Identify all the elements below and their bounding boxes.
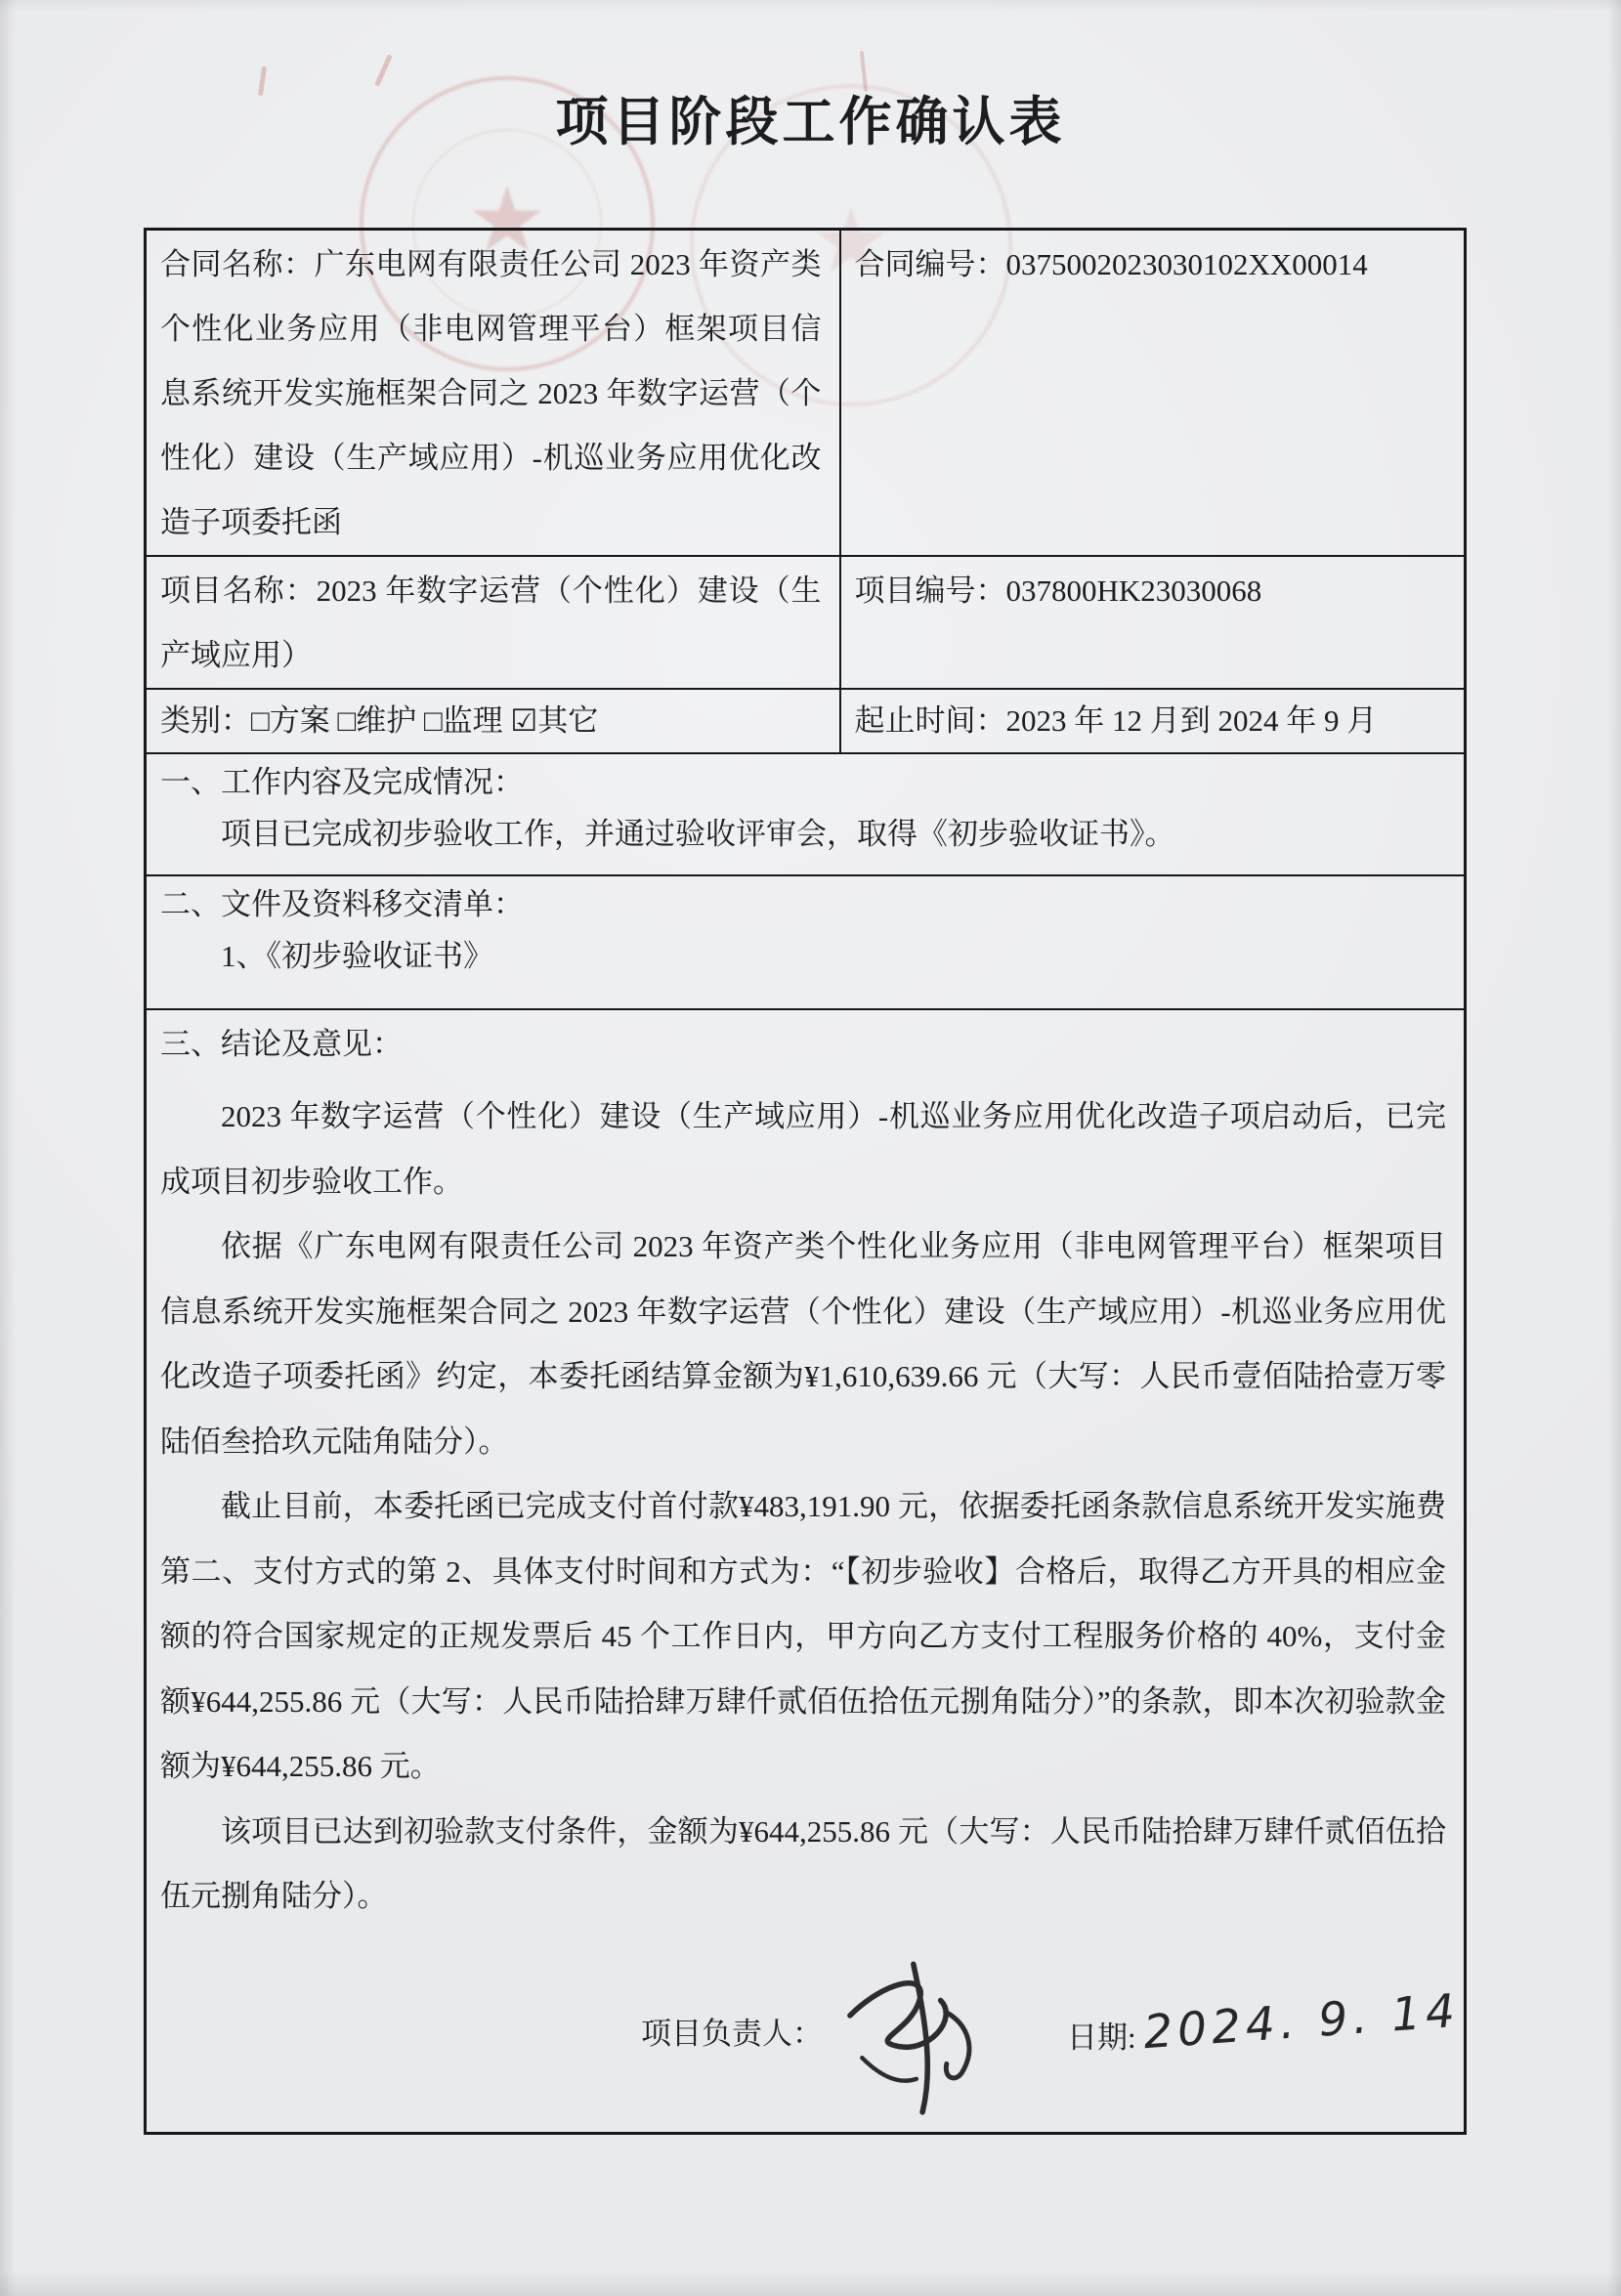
duration-cell: 起止时间：2023 年 12 月到 2024 年 9 月 xyxy=(840,689,1466,753)
table-row-section2: 二、文件及资料移交清单： 1、《初步验收证书》 xyxy=(146,875,1466,1009)
contract-name-label: 合同名称： xyxy=(160,247,315,281)
project-no-label: 项目编号： xyxy=(855,574,1006,608)
section3-cell: 三、结论及意见： 2023 年数字运营（个性化）建设（生产域应用）-机巡业务应用… xyxy=(146,1009,1466,2134)
category-label: 类别： xyxy=(160,703,251,738)
section2-body: 1、《初步验收证书》 xyxy=(160,930,1446,982)
confirmation-form-table: 合同名称：广东电网有限责任公司 2023 年资产类个性化业务应用（非电网管理平台… xyxy=(144,228,1467,2135)
section1-heading: 一、工作内容及完成情况： xyxy=(160,756,1446,808)
section2-cell: 二、文件及资料移交清单： 1、《初步验收证书》 xyxy=(146,875,1466,1009)
table-row-section3: 三、结论及意见： 2023 年数字运营（个性化）建设（生产域应用）-机巡业务应用… xyxy=(146,1009,1466,2134)
table-row-project: 项目名称：2023 年数字运营（个性化）建设（生产域应用） 项目编号：03780… xyxy=(146,556,1466,689)
duration-label: 起止时间： xyxy=(855,703,1006,738)
date-label: 日期: xyxy=(1067,2019,1136,2058)
project-name-label: 项目名称： xyxy=(160,574,317,608)
section3-paragraph-3: 截止目前，本委托函已完成支付首付款¥483,191.90 元，依据委托函条款信息… xyxy=(160,1474,1446,1800)
table-row-contract: 合同名称：广东电网有限责任公司 2023 年资产类个性化业务应用（非电网管理平台… xyxy=(146,230,1466,557)
section3-paragraph-4: 该项目已达到初验款支付条件，金额为¥644,255.86 元（大写：人民币陆拾肆… xyxy=(160,1800,1446,1930)
category-checkboxes: □方案 □维护 □监理 ☑其它 xyxy=(251,703,598,738)
section3-paragraph-2: 依据《广东电网有限责任公司 2023 年资产类个性化业务应用（非电网管理平台）框… xyxy=(160,1214,1446,1474)
contract-no-label: 合同编号： xyxy=(855,247,1006,281)
section1-cell: 一、工作内容及完成情况： 项目已完成初步验收工作，并通过验收评审会，取得《初步验… xyxy=(146,753,1466,875)
section1-body: 项目已完成初步验收工作，并通过验收评审会，取得《初步验收证书》。 xyxy=(160,808,1446,860)
project-no-cell: 项目编号：037800HK23030068 xyxy=(840,556,1466,689)
category-cell: 类别：□方案 □维护 □监理 ☑其它 xyxy=(146,689,840,753)
duration-value: 2023 年 12 月到 2024 年 9 月 xyxy=(1006,703,1378,738)
contract-name-cell: 合同名称：广东电网有限责任公司 2023 年资产类个性化业务应用（非电网管理平台… xyxy=(146,230,840,557)
table-row-category: 类别：□方案 □维护 □监理 ☑其它 起止时间：2023 年 12 月到 202… xyxy=(146,689,1466,753)
contract-no-cell: 合同编号：0375002023030102XX00014 xyxy=(840,230,1466,557)
contract-name-value: 广东电网有限责任公司 2023 年资产类个性化业务应用（非电网管理平台）框架项目… xyxy=(160,247,822,539)
project-no-value: 037800HK23030068 xyxy=(1006,574,1262,608)
section3-heading: 三、结论及意见： xyxy=(160,1012,1446,1077)
section2-heading: 二、文件及资料移交清单： xyxy=(160,878,1446,930)
project-leader-label: 项目负责人： xyxy=(641,2015,823,2054)
table-row-section1: 一、工作内容及完成情况： 项目已完成初步验收工作，并通过验收评审会，取得《初步验… xyxy=(146,753,1466,875)
project-name-cell: 项目名称：2023 年数字运营（个性化）建设（生产域应用） xyxy=(146,556,840,689)
scanned-document-page: ★ ★ 项目阶段工作确认表 合同名称：广东电网有限责任公司 2023 年资产类个… xyxy=(0,0,1621,2296)
page-title: 项目阶段工作确认表 xyxy=(0,80,1621,155)
section3-paragraph-1: 2023 年数字运营（个性化）建设（生产域应用）-机巡业务应用优化改造子项启动后… xyxy=(160,1084,1446,1214)
contract-no-value: 0375002023030102XX00014 xyxy=(1006,247,1368,281)
